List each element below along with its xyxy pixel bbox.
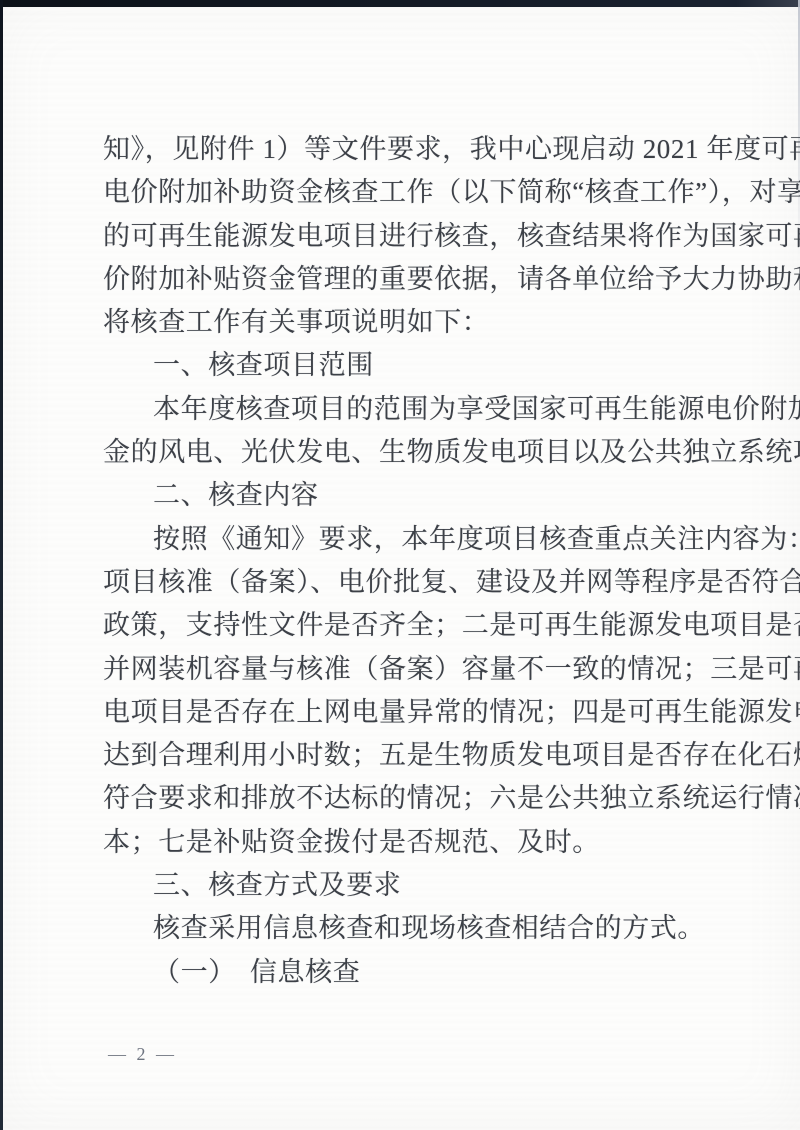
text-line: 项目核准（备案）、电价批复、建设及并网等程序是否符合国家相关 — [103, 561, 717, 604]
text-line: 按照《通知》要求，本年度项目核查重点关注内容为：一是发电 — [103, 518, 717, 561]
scanned-page: 知》，见附件 1）等文件要求，我中心现启动 2021 年度可再生能源电价附加补助… — [0, 0, 800, 1130]
text-line: 价附加补贴资金管理的重要依据，请各单位给予大力协助和支持。现 — [103, 258, 717, 301]
text-line: （一） 信息核查 — [103, 951, 717, 994]
scan-artifact-left-edge — [0, 0, 3, 1130]
text-line: 并网装机容量与核准（备案）容量不一致的情况；三是可再生能源发 — [103, 648, 717, 691]
document-body: 知》，见附件 1）等文件要求，我中心现启动 2021 年度可再生能源电价附加补助… — [103, 128, 717, 994]
text-line: 电项目是否存在上网电量异常的情况；四是可再生能源发电项目是否 — [103, 691, 717, 734]
text-line: 的可再生能源发电项目进行核查，核查结果将作为国家可再生能源电 — [103, 215, 717, 258]
text-line: 政策，支持性文件是否齐全；二是可再生能源发电项目是否存在实际 — [103, 604, 717, 647]
text-line: 一、核查项目范围 — [103, 344, 717, 387]
scan-artifact-top-edge — [0, 0, 800, 7]
text-line: 二、核查内容 — [103, 474, 717, 517]
page-number: — 2 — — [108, 1044, 177, 1065]
text-line: 将核查工作有关事项说明如下： — [103, 301, 717, 344]
text-line: 三、核查方式及要求 — [103, 864, 717, 907]
text-line: 核查采用信息核查和现场核查相结合的方式。 — [103, 907, 717, 950]
text-line: 符合要求和排放不达标的情况；六是公共独立系统运行情况及运行成 — [103, 777, 717, 820]
text-line: 电价附加补助资金核查工作（以下简称“核查工作”），对享受补贴 — [103, 171, 717, 214]
text-line: 本；七是补贴资金拨付是否规范、及时。 — [103, 821, 717, 864]
text-line: 本年度核查项目的范围为享受国家可再生能源电价附加补助资 — [103, 388, 717, 431]
text-line: 达到合理利用小时数；五是生物质发电项目是否存在化石燃料掺烧不 — [103, 734, 717, 777]
text-line: 金的风电、光伏发电、生物质发电项目以及公共独立系统项目。 — [103, 431, 717, 474]
text-line: 知》，见附件 1）等文件要求，我中心现启动 2021 年度可再生能源 — [103, 128, 717, 171]
